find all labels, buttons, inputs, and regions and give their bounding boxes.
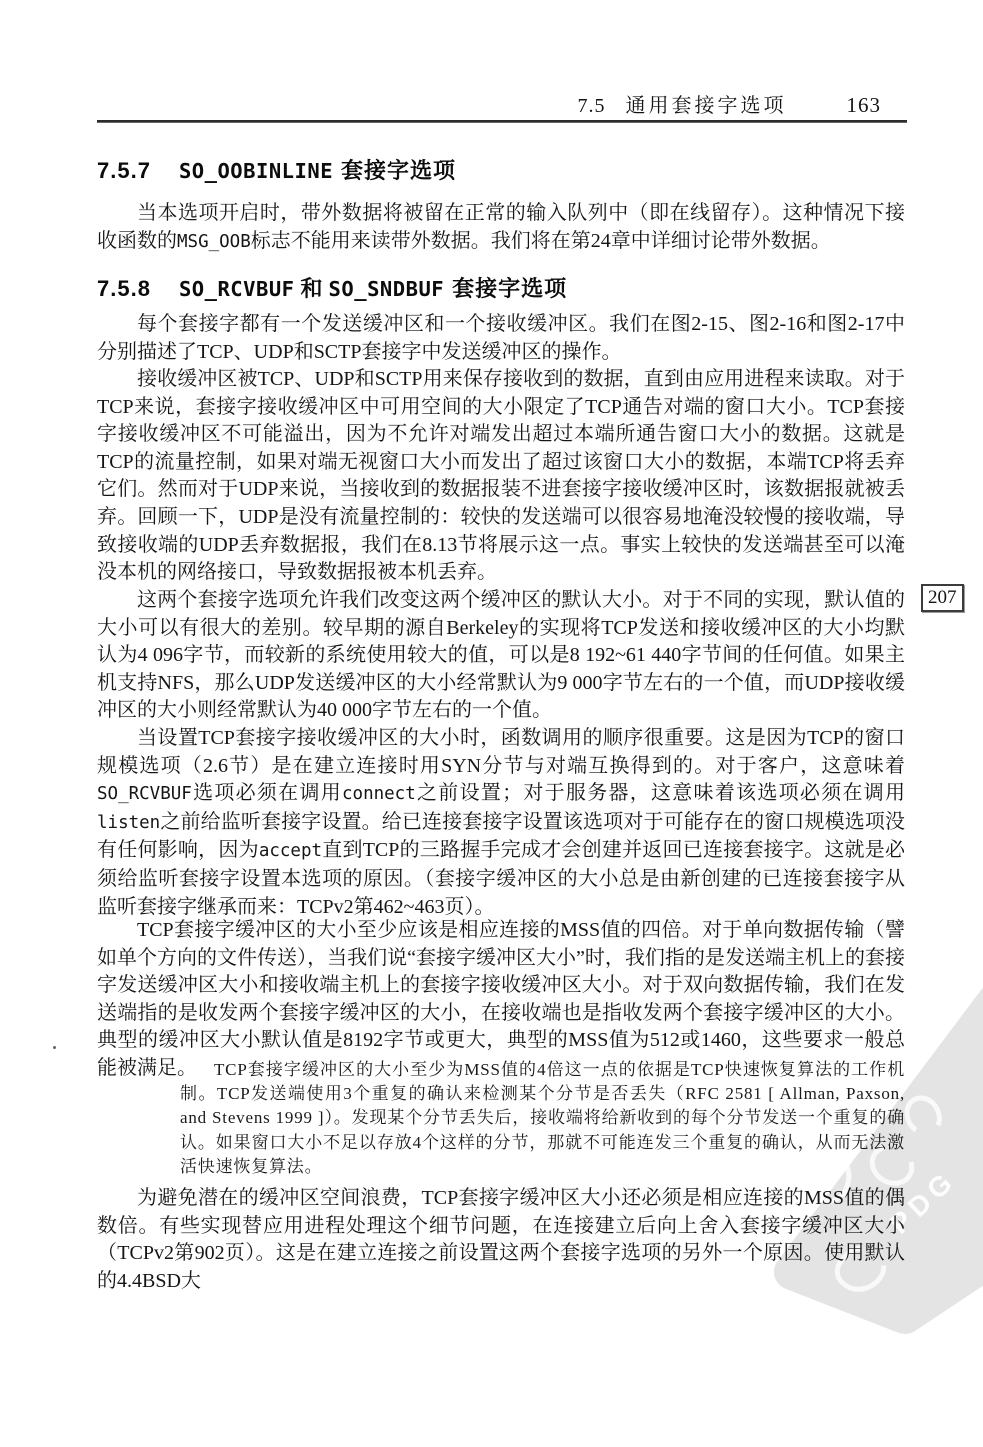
- heading-code-so-rcvbuf: SO_RCVBUF: [179, 277, 295, 301]
- header-section-title: 通用套接字选项: [626, 89, 787, 118]
- paragraph-run: 当设置TCP套接字接收缓冲区的大小时，函数调用的顺序很重要。这是因为TCP的窗口…: [97, 727, 905, 777]
- code-msg-oob: MSG_OOB: [177, 232, 251, 252]
- paragraph-buffers-intro: 每个套接字都有一个发送缓冲区和一个接收缓冲区。我们在图2-15、图2-16和图2…: [97, 311, 905, 366]
- page-header: 7.5 通用套接字选项 163: [97, 89, 905, 118]
- heading-code-so-sndbuf: SO_SNDBUF: [329, 277, 445, 301]
- code-so-rcvbuf: SO_RCVBUF: [97, 784, 192, 804]
- header-section-number: 7.5: [578, 95, 606, 118]
- paragraph-run: 标志不能用来读带外数据。我们将在第24章中详细讨论带外数据。: [251, 230, 831, 252]
- heading-7-5-8: 7.5.8SO_RCVBUF和SO_SNDBUF套接字选项: [97, 272, 905, 303]
- paragraph-run: 之前设置；对于服务器，这意味着该选项必须在调用: [416, 782, 905, 804]
- code-accept: accept: [259, 841, 322, 861]
- heading-7-5-7: 7.5.7SO_OOBINLINE套接字选项: [97, 154, 905, 185]
- code-listen: listen: [97, 813, 160, 833]
- paragraph-call-order: 当设置TCP套接字接收缓冲区的大小时，函数调用的顺序很重要。这是因为TCP的窗口…: [97, 725, 905, 921]
- paragraph-even-multiple: 为避免潜在的缓冲区空间浪费，TCP套接字缓冲区大小还必须是相应连接的MSS值的偶…: [97, 1185, 905, 1295]
- paragraph-run: 选项必须在调用: [192, 782, 342, 804]
- indented-note-fast-recovery: TCP套接字缓冲区的大小至少为MSS值的4倍这一点的依据是TCP快速恢复算法的工…: [180, 1058, 905, 1179]
- header-page-number: 163: [847, 93, 882, 118]
- heading-conjunction: 和: [301, 276, 323, 301]
- heading-number: 7.5.7: [97, 158, 151, 183]
- heading-number: 7.5.8: [97, 276, 151, 301]
- heading-code-so-oobinline: SO_OOBINLINE: [179, 159, 333, 183]
- header-rule: [97, 120, 907, 123]
- margin-page-marker: 207: [921, 584, 964, 612]
- paragraph-receive-buffer: 接收缓冲区被TCP、UDP和SCTP用来保存接收到的数据，直到由应用进程来读取。…: [97, 366, 905, 587]
- ink-speck: [53, 1046, 56, 1049]
- paragraph-oobinline: 当本选项开启时，带外数据将被留在正常的输入队列中（即在线留存）。这种情况下接收函…: [97, 200, 905, 256]
- code-connect: connect: [342, 784, 416, 804]
- heading-suffix: 套接字选项: [452, 276, 567, 301]
- heading-suffix: 套接字选项: [341, 158, 456, 183]
- paragraph-default-sizes: 这两个套接字选项允许我们改变这两个缓冲区的默认大小。对于不同的实现，默认值的大小…: [97, 587, 905, 725]
